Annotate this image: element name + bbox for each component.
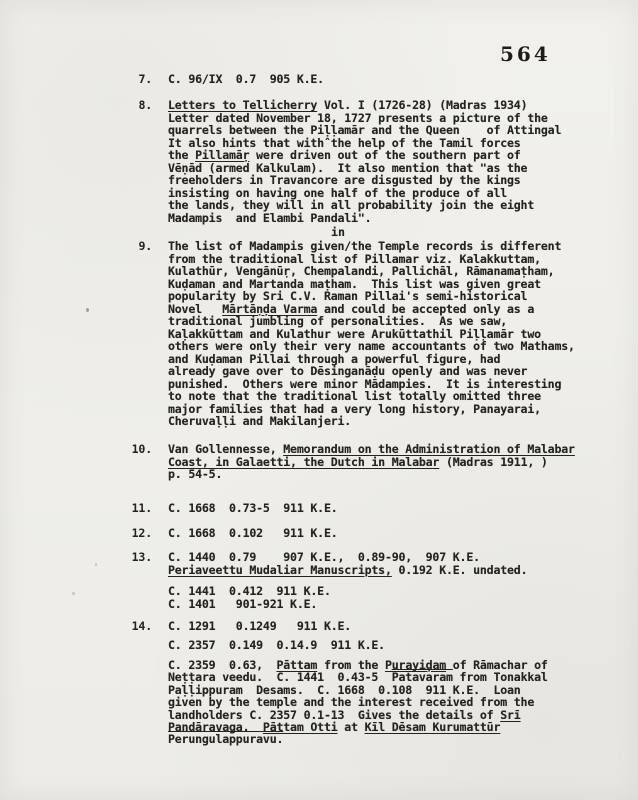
footnote-14-line-2: C. 2357 0.149 0.14.9 911 K.E. (0, 639, 630, 652)
page-number: 564 (500, 42, 551, 66)
footnote-text: Letters to Tellicherry Vol. I (1726-28) … (168, 99, 630, 224)
text-line: C. 1401 901-921 K.E. (168, 598, 630, 611)
text-line: Periaveettu Mudaliar Manuscripts, 0.192 … (168, 564, 630, 577)
footnote-14-paragraph: C. 2359 0.63, Pāttam from the Purayiḍam … (0, 659, 630, 746)
text-line: Madampis and Elambi Pandali". (168, 212, 630, 225)
footnote-number: 9. (0, 240, 152, 253)
text-line: C. 1668 0.73-5 911 K.E. (168, 502, 630, 515)
footnote-text: C. 1440 0.79 907 K.E., 0.89-90, 907 K.E.… (168, 551, 630, 576)
text-line: Coast, in Galaetti, the Dutch in Malabar… (168, 456, 630, 469)
overlined-text: Perungulappuravu. (168, 732, 283, 746)
footnote-text: C. 1668 0.73-5 911 K.E. (168, 502, 630, 515)
footnote-item-10: 10. Van Gollennesse, Memorandum on the A… (0, 443, 630, 481)
scan-speck (86, 308, 89, 312)
scan-speck (95, 563, 97, 566)
text-segment: at (338, 720, 365, 734)
text-segment: (Madras 1911, ) (439, 455, 547, 469)
footnote-item-14: 14. C. 1291 0.1249 911 K.E. (0, 620, 630, 633)
underlined-text: Kīl Dēsam Kurumattūr (365, 720, 501, 734)
footnote-text: C. 1291 0.1249 911 K.E. (168, 620, 630, 633)
footnote-item-11: 11. C. 1668 0.73-5 911 K.E. (0, 502, 630, 515)
text-line: C. 1291 0.1249 911 K.E. (168, 620, 630, 633)
text-segment: 0.192 K.E. undated. (392, 563, 528, 577)
footnote-item-12: 12. C. 1668 0.102 911 K.E. (0, 527, 630, 540)
footnote-text: C. 2357 0.149 0.14.9 911 K.E. (168, 639, 630, 652)
text-segment: Cheruvaḷḷi and Makilanjeri. (168, 414, 351, 428)
footnote-text: The list of Madampis given/the Temple re… (168, 240, 630, 428)
scan-speck (72, 592, 75, 595)
text-line: C. 2357 0.149 0.14.9 911 K.E. (168, 639, 630, 652)
text-line: p. 54-5. (168, 468, 630, 481)
text-segment: p. 54-5. (168, 467, 222, 481)
text-segment: Madampis and Elambi Pandali". (168, 211, 371, 225)
inserted-word-annotation: in (331, 226, 345, 238)
footnote-text: Van Gollennesse, Memorandum on the Admin… (168, 443, 630, 481)
footnote-text: C. 1441 0.412 911 K.E.C. 1401 901-921 K.… (168, 585, 630, 610)
text-line: Cheruvaḷḷi and Makilanjeri. (168, 415, 630, 428)
footnote-number: 12. (0, 527, 152, 540)
underlined-text: Srī (500, 708, 520, 722)
footnote-13-continued: C. 1441 0.412 911 K.E.C. 1401 901-921 K.… (0, 585, 630, 610)
text-line: C. 1668 0.102 911 K.E. (168, 527, 630, 540)
footnote-number: 10. (0, 443, 152, 456)
footnote-text: C. 96/IX 0.7 905 K.E. (168, 73, 630, 86)
text-segment: C. 1668 0.73-5 911 K.E. (168, 501, 338, 515)
footnote-text: C. 2359 0.63, Pāttam from the Purayiḍam … (168, 659, 630, 746)
footnote-number: 11. (0, 502, 152, 515)
text-line: Perungulappuravu. (168, 733, 630, 745)
footnote-number: 13. (0, 551, 152, 564)
text-segment: C. 1291 0.1249 911 K.E. (168, 619, 351, 633)
scanned-document-page: 564 7. C. 96/IX 0.7 905 K.E. 8. Letters … (0, 0, 638, 800)
footnote-number: 7. (0, 73, 152, 86)
text-segment: C. 96/IX 0.7 905 K.E. (168, 72, 324, 86)
footnote-number: 14. (0, 620, 152, 633)
footnote-text: C. 1668 0.102 911 K.E. (168, 527, 630, 540)
text-segment: C. 2357 0.149 0.14.9 911 K.E. (168, 638, 385, 652)
text-line: C. 96/IX 0.7 905 K.E. (168, 73, 630, 86)
footnote-item-8: 8. Letters to Tellicherry Vol. I (1726-2… (0, 99, 630, 224)
footnote-number: 8. (0, 99, 152, 112)
text-segment: C. 1401 901-921 K.E. (168, 597, 317, 611)
footnote-item-9: 9. The list of Madampis given/the Temple… (0, 240, 630, 428)
underlined-text: Periaveettu Mudaliar Manuscripts, (168, 563, 392, 577)
text-segment: C. 1668 0.102 911 K.E. (168, 526, 338, 540)
footnote-item-7: 7. C. 96/IX 0.7 905 K.E. (0, 73, 630, 86)
